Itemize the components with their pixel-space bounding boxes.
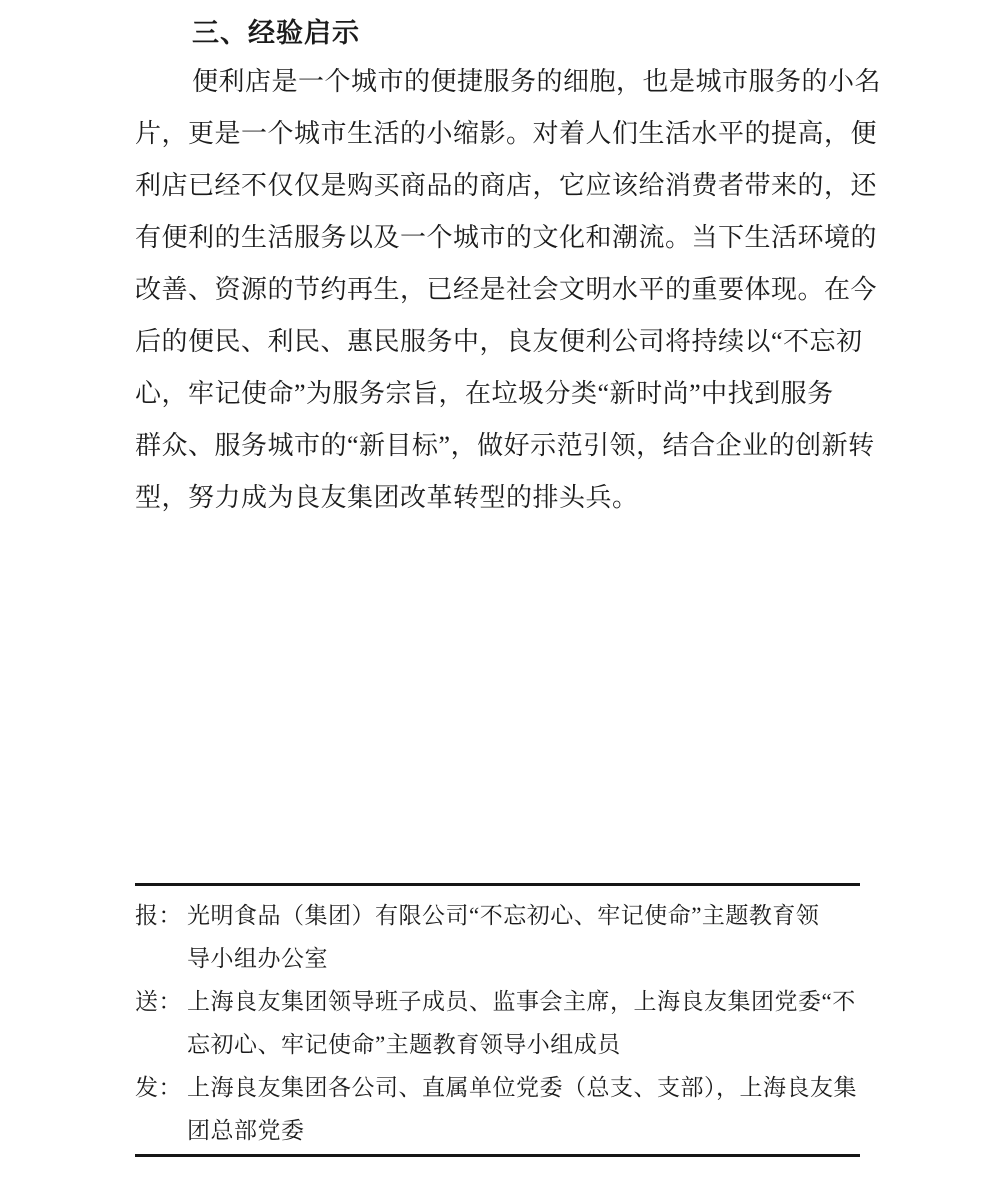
section-heading: 三、经验启示 — [135, 0, 875, 56]
distribution-label-bao: 报： — [135, 894, 187, 980]
distribution-entry-bao: 报： 光明食品（集团）有限公司“不忘初心、牢记使命”主题教育领 导小组办公室 — [135, 894, 860, 980]
document-page: { "page": { "background": "#ffffff", "te… — [0, 0, 1000, 1202]
distribution-label-song: 送： — [135, 980, 187, 1066]
document-body: 三、经验启示 便利店是一个城市的便捷服务的细胞，也是城市服务的小名 片，更是一个… — [135, 0, 875, 524]
distribution-entry-fa: 发： 上海良友集团各公司、直属单位党委（总支、支部），上海良友集 团总部党委 — [135, 1066, 860, 1152]
body-paragraph: 便利店是一个城市的便捷服务的细胞，也是城市服务的小名 片，更是一个城市生活的小缩… — [135, 56, 875, 524]
distribution-text-fa: 上海良友集团各公司、直属单位党委（总支、支部），上海良友集 团总部党委 — [187, 1066, 857, 1152]
distribution-text-song: 上海良友集团领导班子成员、监事会主席，上海良友集团党委“不 忘初心、牢记使命”主… — [187, 980, 856, 1066]
distribution-text-bao: 光明食品（集团）有限公司“不忘初心、牢记使命”主题教育领 导小组办公室 — [187, 894, 819, 980]
distribution-block: 报： 光明食品（集团）有限公司“不忘初心、牢记使命”主题教育领 导小组办公室 送… — [135, 883, 860, 1157]
distribution-entry-song: 送： 上海良友集团领导班子成员、监事会主席，上海良友集团党委“不 忘初心、牢记使… — [135, 980, 860, 1066]
distribution-label-fa: 发： — [135, 1066, 187, 1152]
